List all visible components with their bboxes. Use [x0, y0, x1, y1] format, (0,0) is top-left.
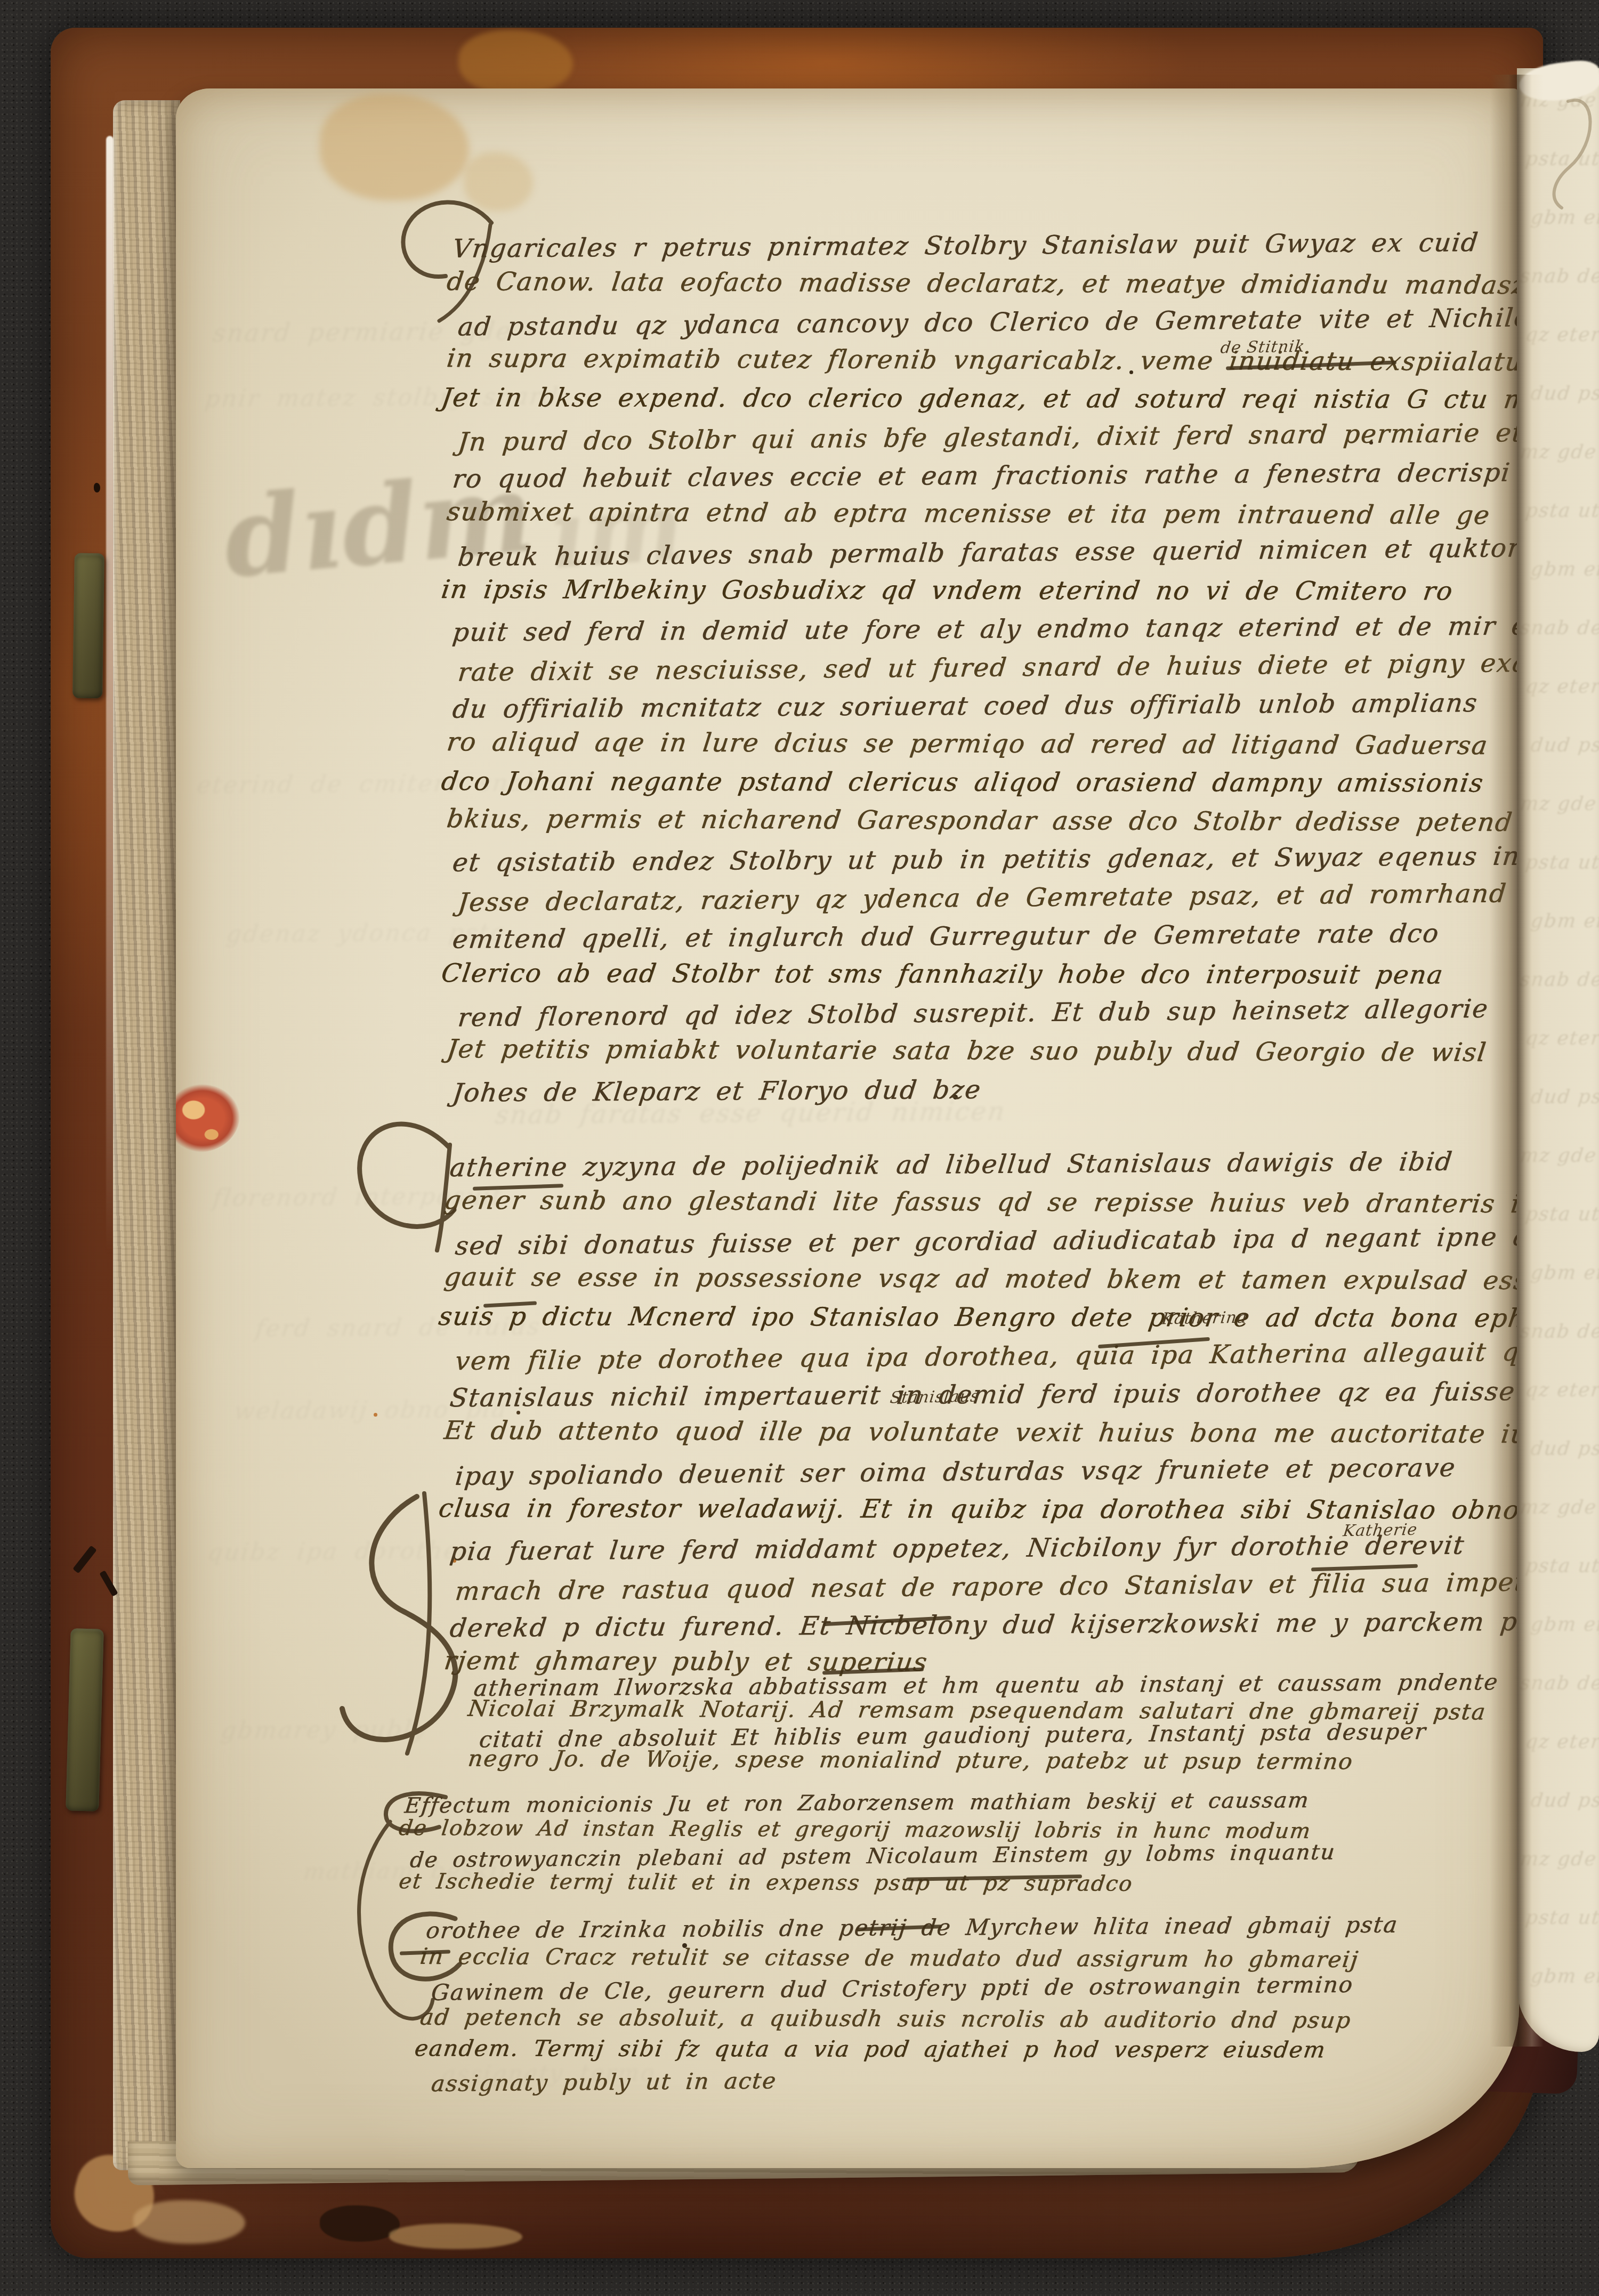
page-edge-highlight: [106, 136, 114, 1255]
initial-k-stem: [437, 1145, 450, 1250]
leather-scuff: [133, 2200, 245, 2244]
book-clasp-top: [72, 553, 104, 699]
leather-hole: [320, 2205, 400, 2242]
leather-hole: [94, 483, 100, 492]
manuscript-photo-scene: dıdm ım Vngaricales r petrus pnirmatez S…: [0, 0, 1599, 2296]
initial-e-flourish: [386, 1793, 446, 1831]
book-clasp-bottom: [66, 1628, 104, 1812]
page-block-edge-left: [113, 100, 180, 2170]
manuscript-page: dıdm ım Vngaricales r petrus pnirmatez S…: [176, 88, 1519, 2168]
initial-e-sweep: [359, 1822, 433, 2019]
initial-v-flourish: [403, 202, 491, 277]
initial-flourishes: [176, 88, 1519, 2168]
giant-swash-flourish: [342, 1497, 455, 1740]
initial-d-flourish: [391, 1914, 459, 1979]
handwritten-text-block: Vngaricales r petrus pnirmatez Stolbry S…: [176, 88, 1519, 2168]
gutter-shadow: [1490, 75, 1544, 2047]
leather-stain-top: [458, 30, 573, 95]
leather-tear-light: [389, 2224, 522, 2249]
initial-v-descender: [439, 225, 490, 321]
initial-k-flourish: [360, 1124, 454, 1226]
